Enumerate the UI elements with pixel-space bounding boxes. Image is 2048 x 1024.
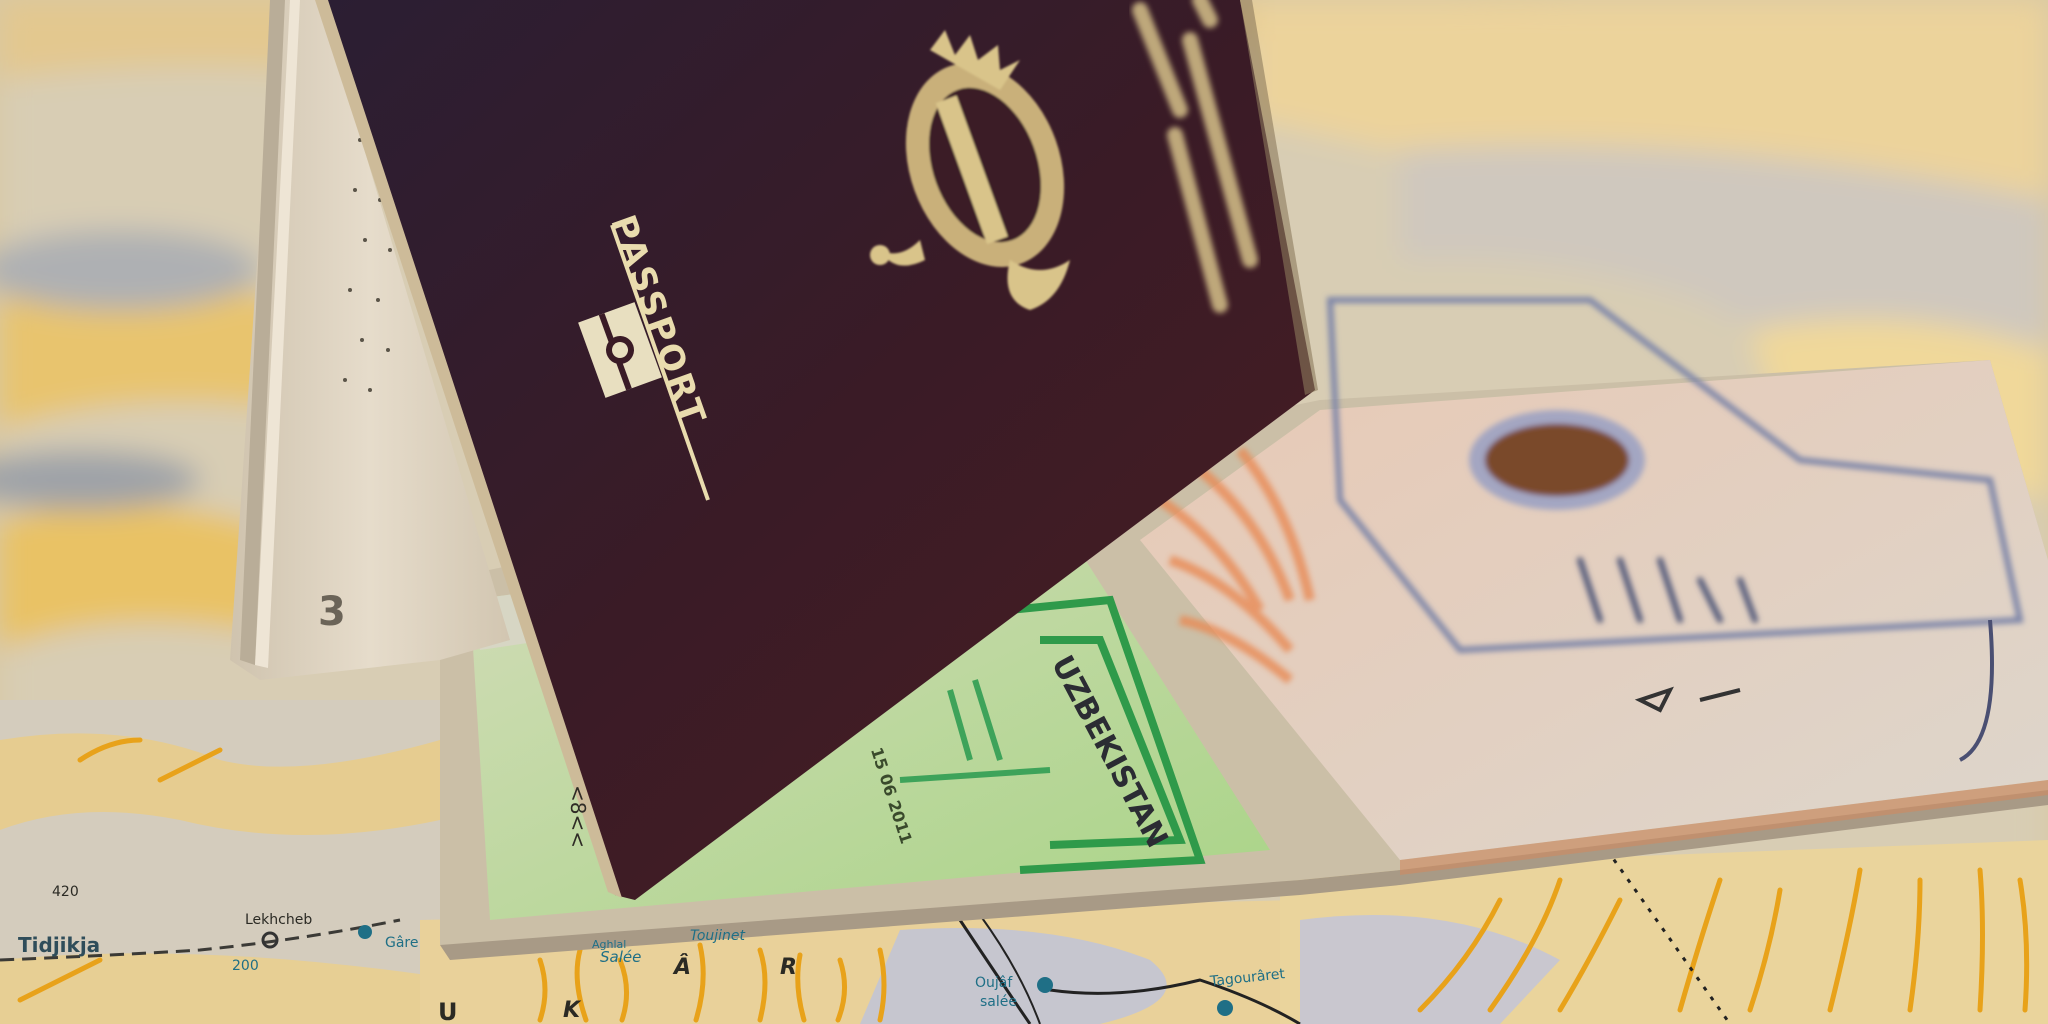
- map-label-region-r: R: [780, 955, 797, 980]
- map-label-region-k: K: [563, 998, 580, 1023]
- map-label-elevation: 420: [52, 884, 79, 900]
- page-number: 3: [318, 589, 346, 635]
- map-label-oujaf: Oujâf: [975, 975, 1012, 991]
- map-label-salee: Salée: [600, 948, 641, 966]
- photo-scene: 3: [0, 0, 2048, 1024]
- mrz-fragment: <8<<: [566, 785, 590, 848]
- map-label-region-u: U: [438, 998, 458, 1024]
- map-label-region-a: Â: [674, 955, 691, 980]
- map-label-toujinet: Toujinet: [690, 928, 745, 944]
- map-label-oujaf-salee: salée: [980, 994, 1017, 1010]
- map-label-gare: Gâre: [385, 935, 419, 951]
- map-label-town-lekhcheb: Lekhcheb: [245, 912, 312, 928]
- map-label-distance: 200: [232, 958, 259, 974]
- map-label-city-tidjikja: Tidjikja: [18, 933, 100, 957]
- scene-illustration: 3: [0, 0, 2048, 1024]
